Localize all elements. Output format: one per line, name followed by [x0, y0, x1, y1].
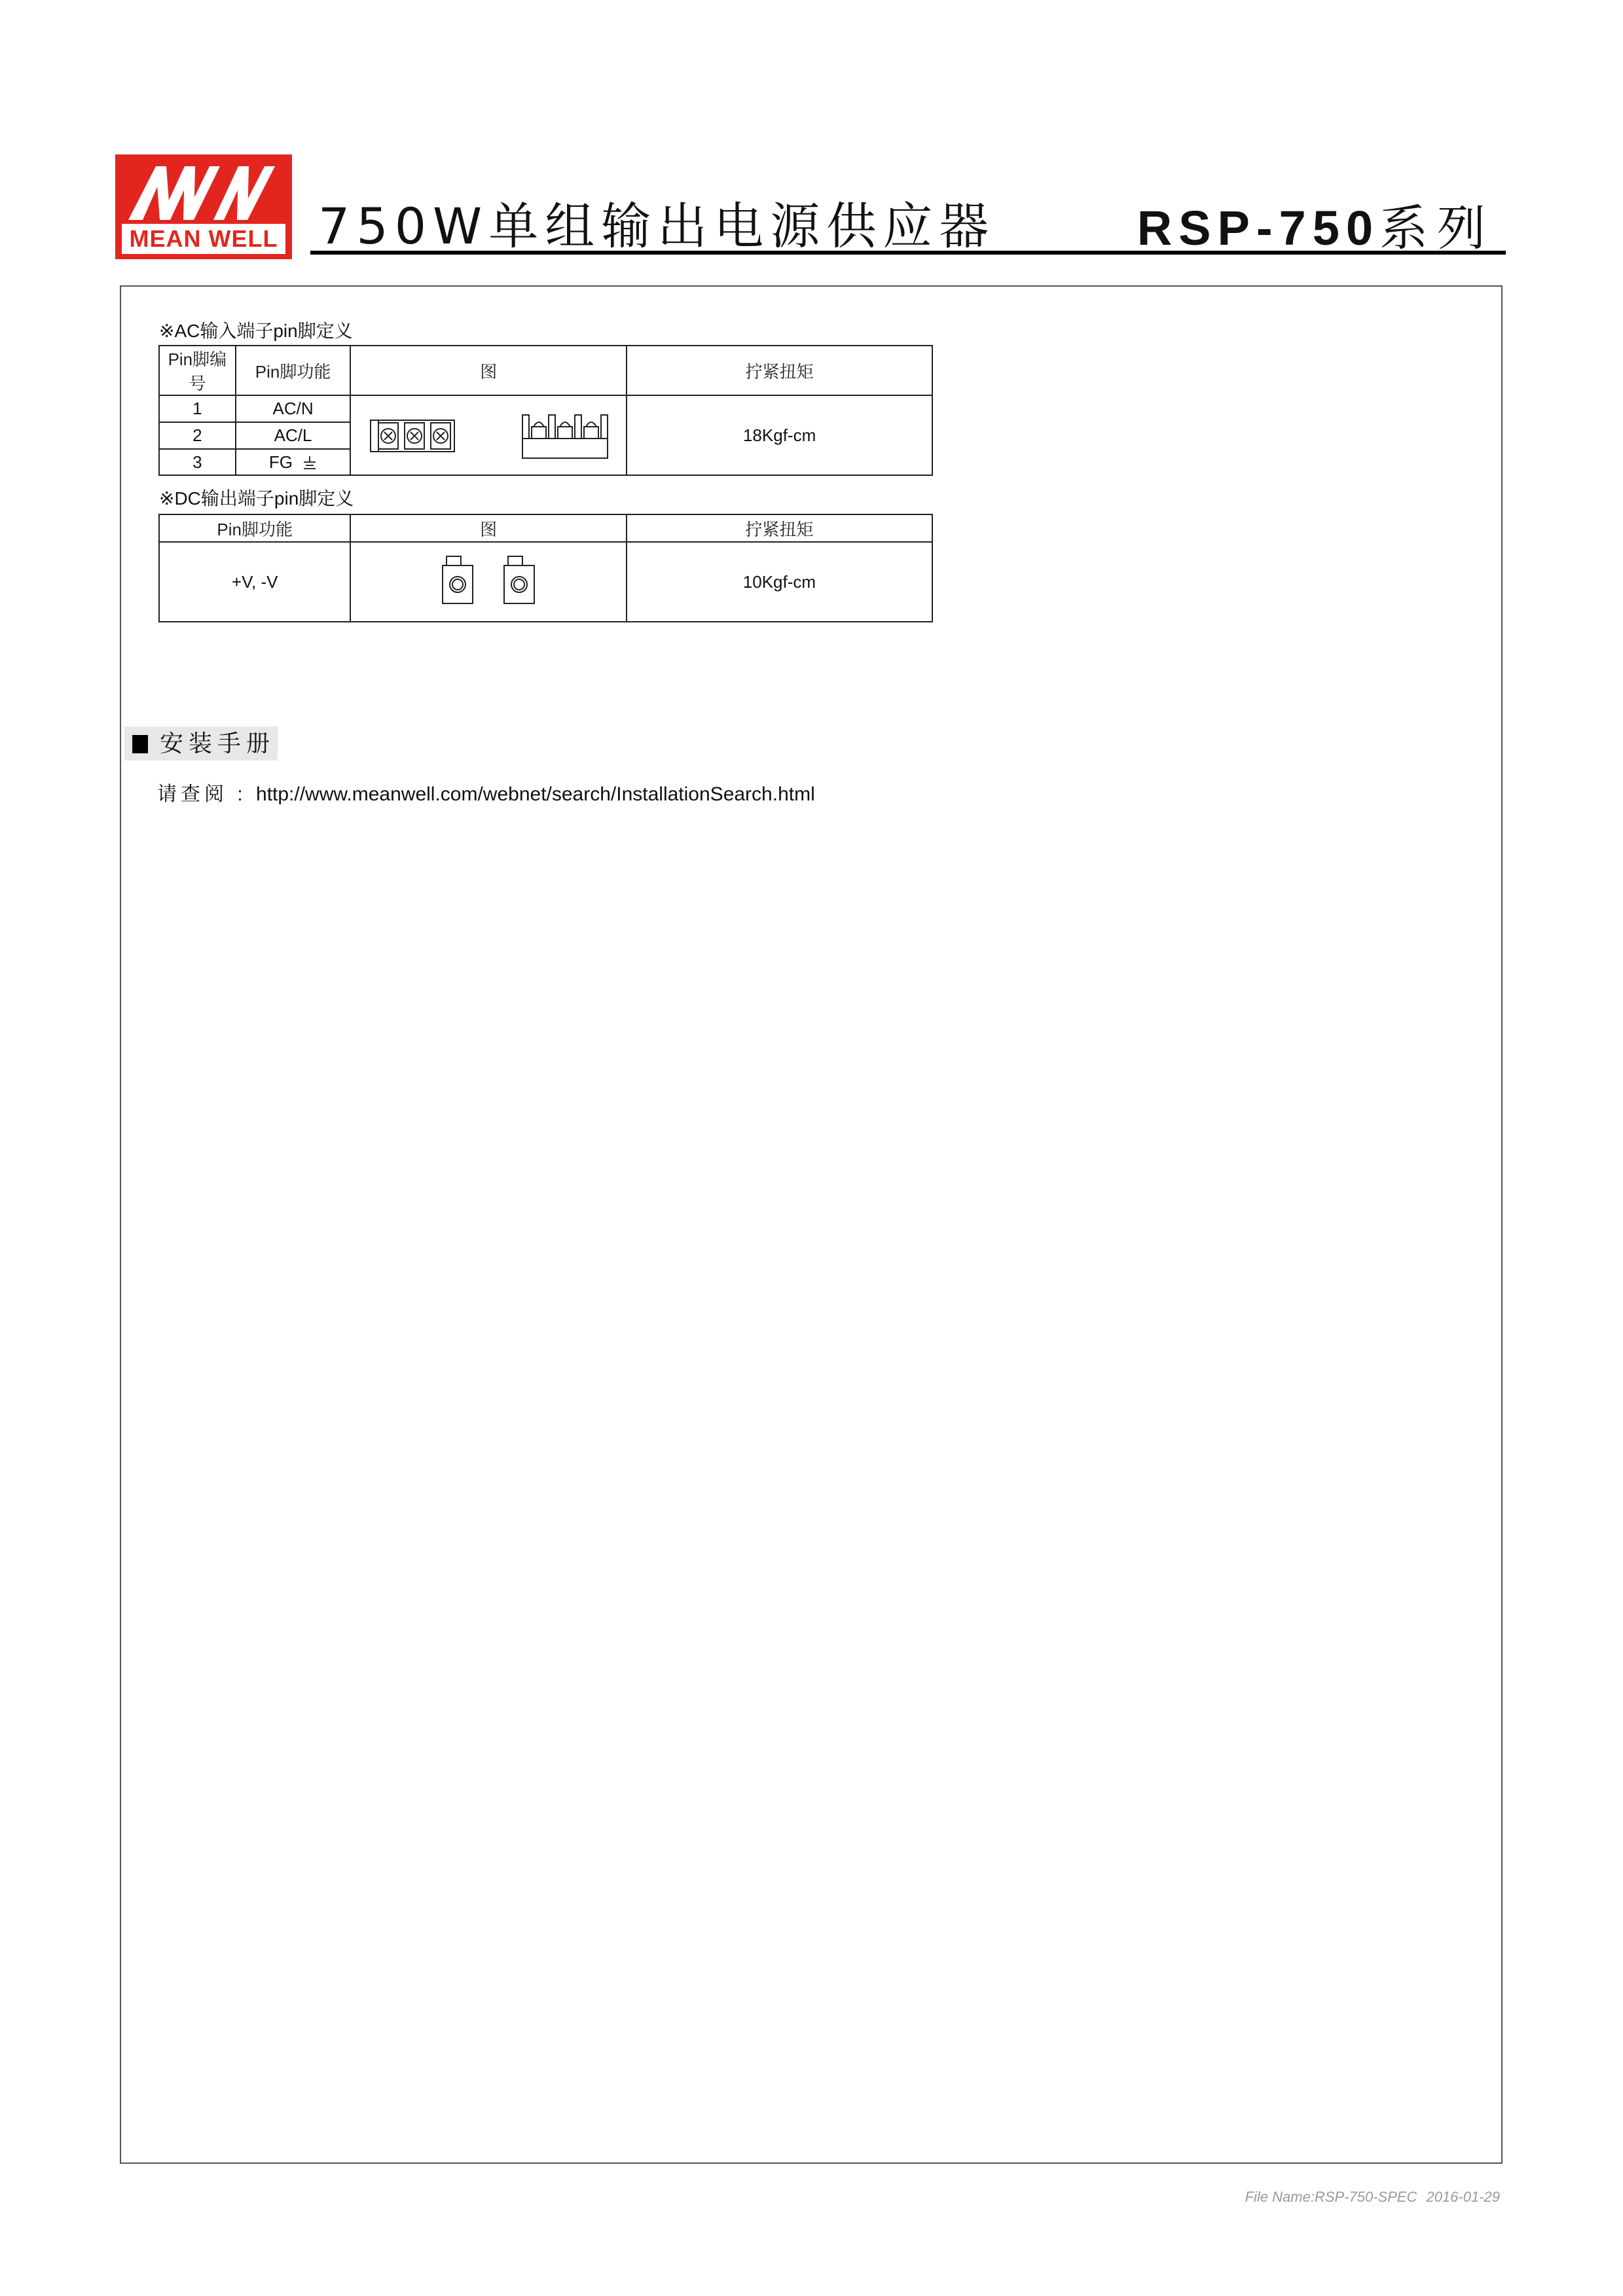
- pin-number: 1: [159, 395, 236, 422]
- page-title: 750W单组输出电源供应器: [318, 187, 995, 258]
- pin-function: FG: [269, 452, 293, 472]
- ac-input-caption: ※AC输入端子pin脚定义: [159, 317, 353, 343]
- col-header-pin-function: Pin脚功能: [159, 514, 350, 542]
- installation-reference: 请查阅 : http://www.meanwell.com/webnet/sea…: [157, 778, 815, 806]
- series-model: RSP-750: [1137, 201, 1379, 255]
- footer: File Name:RSP-750-SPEC2016-01-29: [1245, 2189, 1500, 2206]
- mean-well-logo: MEAN WELL: [115, 154, 292, 259]
- table-row: +V, -V 10Kgf-cm: [159, 542, 932, 622]
- dc-terminal-diagram-cell: [350, 542, 626, 622]
- footer-file-name: File Name:RSP-750-SPEC: [1245, 2189, 1417, 2205]
- table-header-row: Pin脚编号 Pin脚功能 图 拧紧扭矩: [159, 346, 932, 395]
- header-rule: [310, 251, 1506, 255]
- ac-input-table: Pin脚编号 Pin脚功能 图 拧紧扭矩 1 AC/N: [158, 345, 933, 476]
- pin-function-cell: FG: [236, 449, 351, 475]
- installation-label: 请查阅 :: [157, 783, 256, 805]
- table-row: 1 AC/N: [159, 395, 932, 422]
- installation-title: 安装手册: [160, 730, 275, 757]
- col-header-pin-function: Pin脚功能: [236, 346, 351, 395]
- pin-function: +V, -V: [159, 542, 350, 622]
- dc-output-caption: ※DC输出端子pin脚定义: [159, 484, 354, 511]
- series-suffix: 系列: [1379, 200, 1495, 257]
- dc-terminal-drawing-icon: [436, 554, 541, 606]
- installation-link[interactable]: http://www.meanwell.com/webnet/search/In…: [256, 783, 815, 805]
- pin-function: AC/N: [236, 395, 351, 422]
- ac-terminal-block-drawing-icon: [364, 401, 613, 466]
- logo-brand-text: MEAN WELL: [122, 224, 285, 254]
- installation-section-heading: 安装手册: [124, 726, 278, 761]
- table-header-row: Pin脚功能 图 拧紧扭矩: [159, 514, 932, 542]
- mw-logo-mark-icon: [115, 154, 292, 226]
- pin-number: 3: [159, 449, 236, 475]
- footer-date: 2016-01-29: [1426, 2189, 1500, 2205]
- pin-function: AC/L: [236, 422, 351, 449]
- dc-torque-value: 10Kgf-cm: [627, 542, 932, 622]
- col-header-torque: 拧紧扭矩: [627, 514, 932, 542]
- ground-icon: [302, 455, 317, 471]
- dc-output-table: Pin脚功能 图 拧紧扭矩 +V, -V 10Kgf-cm: [158, 514, 933, 622]
- col-header-diagram: 图: [350, 346, 627, 395]
- col-header-pin-no: Pin脚编号: [159, 346, 236, 395]
- square-bullet-icon: [132, 735, 148, 753]
- series-label: RSP-750系列: [1137, 190, 1495, 259]
- col-header-torque: 拧紧扭矩: [627, 346, 932, 395]
- pin-number: 2: [159, 422, 236, 449]
- ac-terminal-diagram-cell: [350, 395, 627, 475]
- ac-torque-value: 18Kgf-cm: [627, 395, 932, 475]
- col-header-diagram: 图: [350, 514, 626, 542]
